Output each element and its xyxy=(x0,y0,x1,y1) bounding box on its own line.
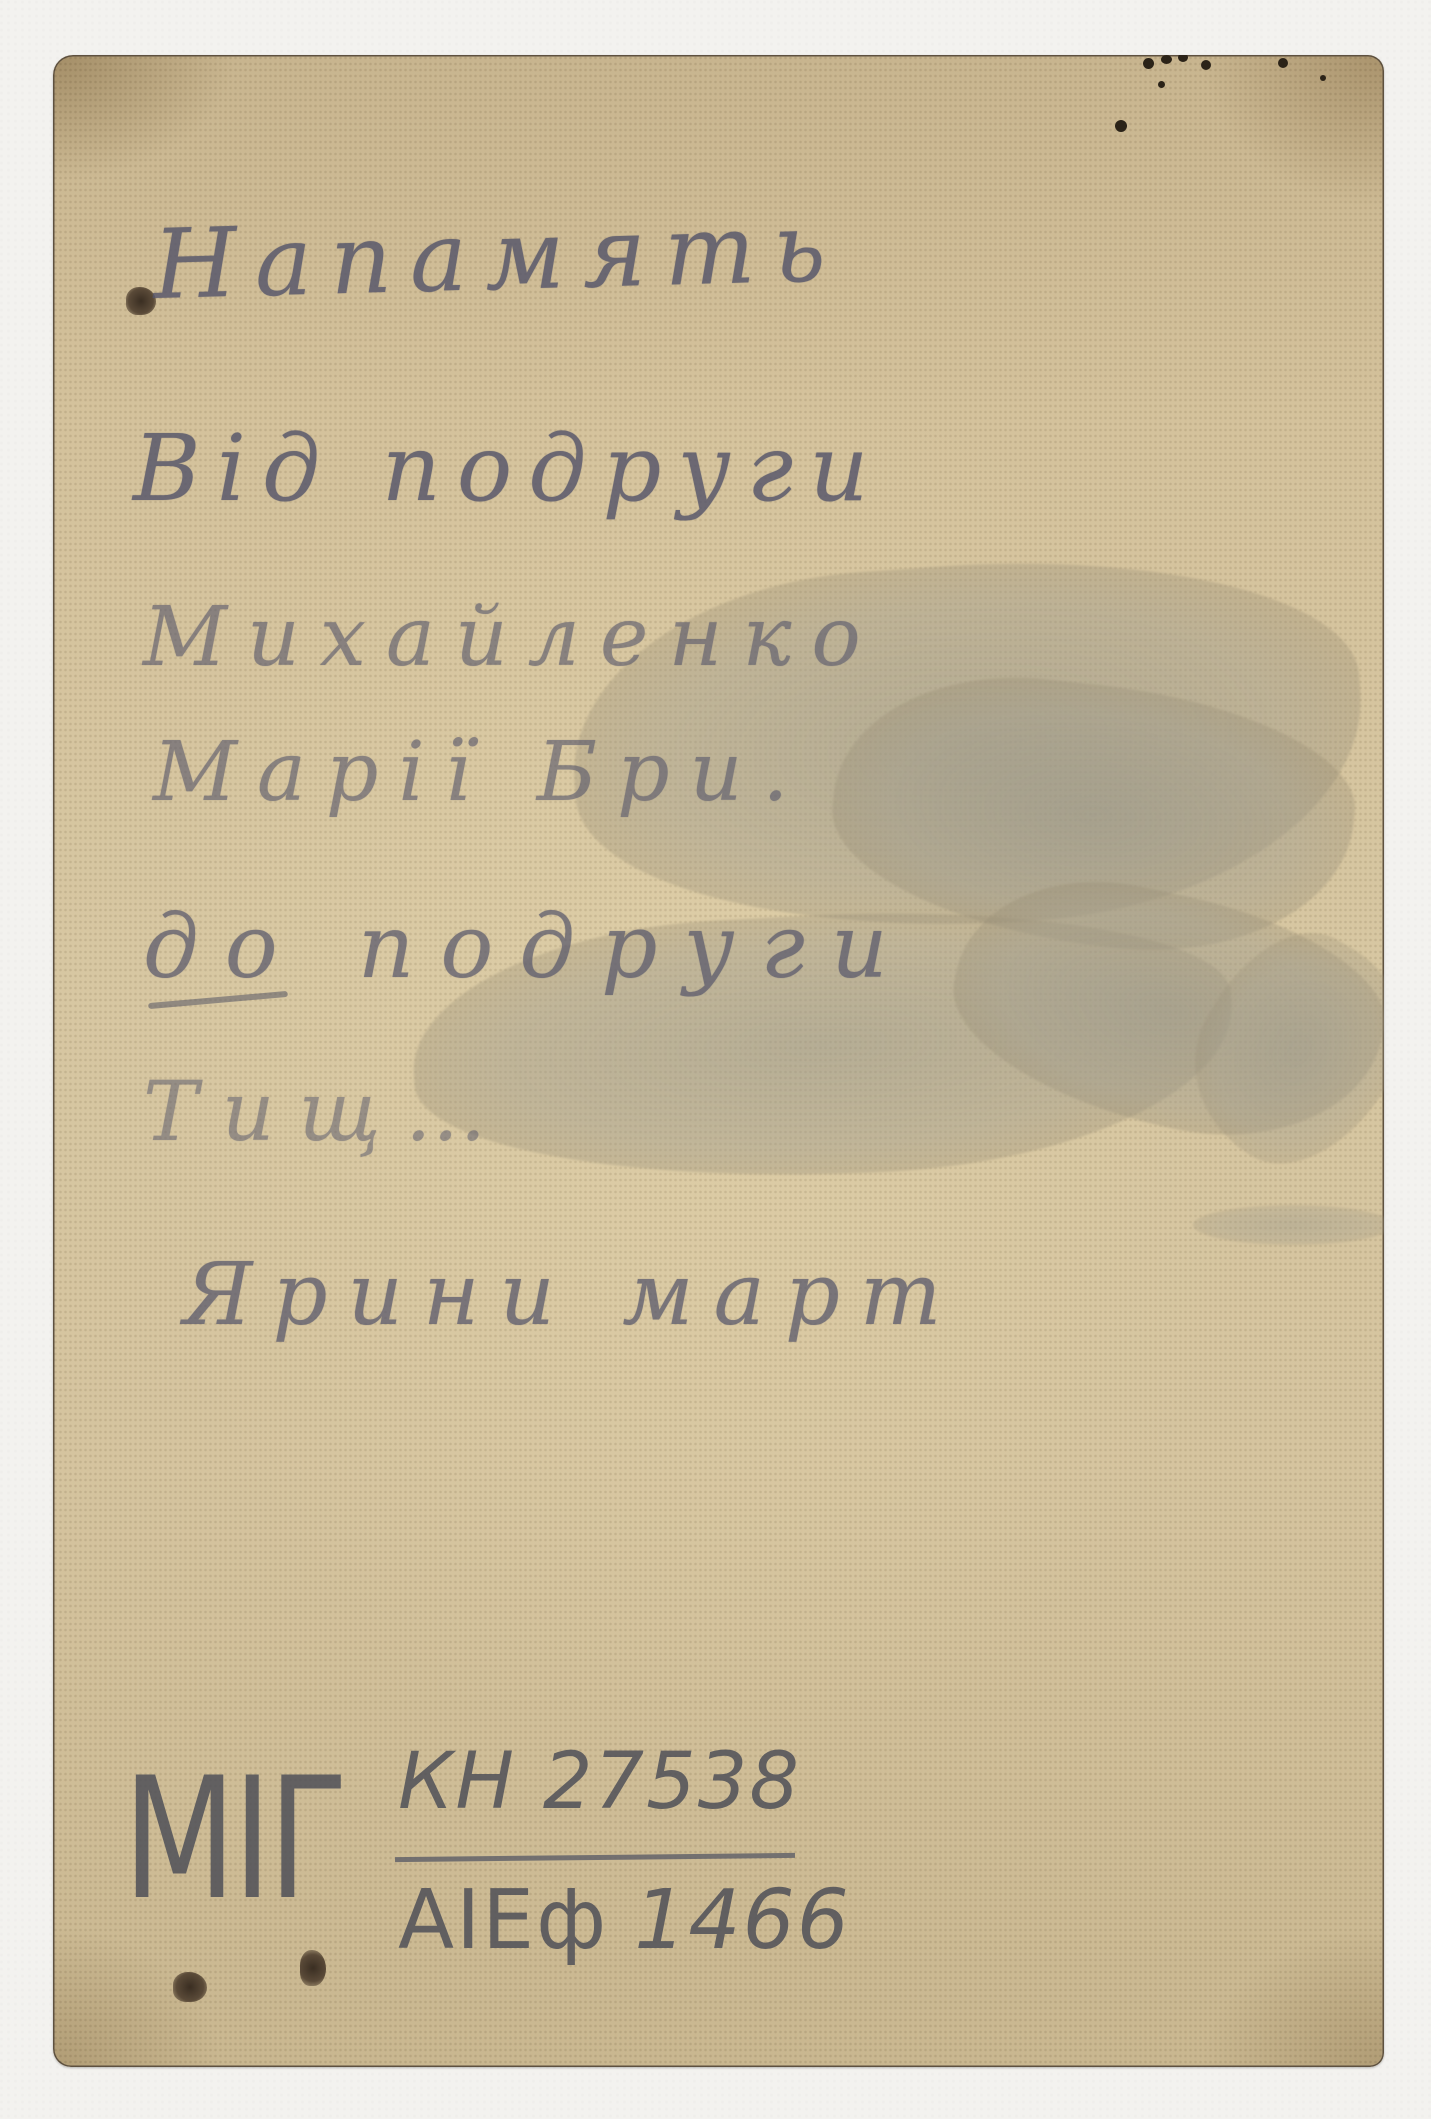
inventory-prefix: АІЕф xyxy=(398,1873,608,1968)
inscription-line-4: Марії Бри. xyxy=(153,725,808,820)
inscription-line-5: до подруги xyxy=(143,895,914,998)
inscription-line-6: Тищ… xyxy=(143,1065,511,1160)
museum-code: МІГ xyxy=(123,1755,345,1923)
inventory-number-top: КН 27538 xyxy=(398,1743,801,1821)
inscription-line-2: Від подруги xyxy=(133,415,885,522)
inscription-line-7: Ярини март xyxy=(183,1245,961,1345)
inventory-number-bottom: АІЕф1466 xyxy=(398,1880,851,1962)
inscription-line-1: Напамять xyxy=(152,191,845,321)
inscription-line-3: Михайленко xyxy=(143,590,881,685)
museum-inventory-mark: МІГ КН 27538 АІЕф1466 xyxy=(123,1725,823,2025)
inventory-number: 1466 xyxy=(634,1873,851,1968)
photo-card-reverse: Напамять Від подруги Михайленко Марії Бр… xyxy=(53,55,1384,2067)
fraction-rule xyxy=(395,1853,795,1862)
